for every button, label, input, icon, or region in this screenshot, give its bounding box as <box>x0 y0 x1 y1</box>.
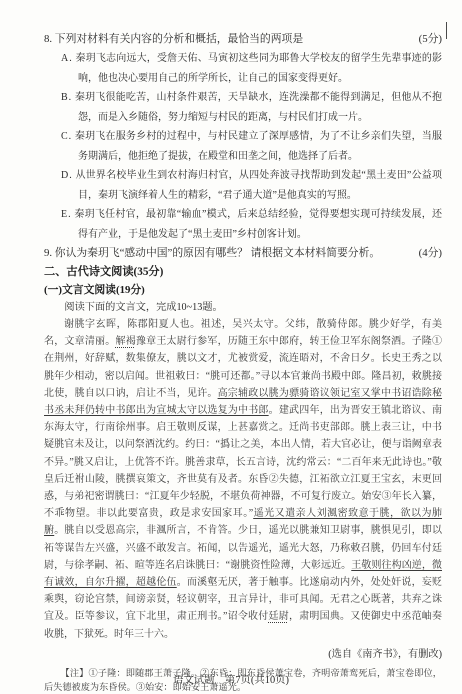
page-content: 8. 下列对材料有关内容的分析和概括，最恰当的两项是 (5分) A. 秦玥飞志向… <box>44 30 442 694</box>
page-edge-mark <box>446 22 448 39</box>
question-8-score: (5分) <box>419 30 442 49</box>
option-e-label: E. <box>61 209 72 220</box>
option-b-label: B. <box>61 92 72 103</box>
option-e-text: 秦玥飞任村官，最初靠“输血”模式，后来总结经验，觉得要想实现可持续发展，还得有产… <box>74 209 442 240</box>
passage-source: (选自《南齐书》，有删改) <box>44 647 442 662</box>
option-c: C. 秦玥飞在服务乡村的过程中，与村民建立了深厚感情，为了不让乡亲们失望，当服务… <box>61 127 442 166</box>
option-a: A. 秦玥飞志向远大，受詹天佑、马寅初这些同为耶鲁大学校友的留学生先辈事迹的影响… <box>61 49 442 88</box>
option-b-text: 秦玥飞很能吃苦，山村条件艰苦，天旱缺水，连洗澡都不能得到满足，但他从不抱怨，而是… <box>75 92 442 123</box>
option-a-text: 秦玥飞志向远大，受詹天佑、马寅初这些同为耶鲁大学校友的留学生先辈事迹的影响，他也… <box>75 53 442 84</box>
option-d-text: 从世界名校毕业生到农村海归村官，从四处奔波寻找帮助到发起“黑土麦田”公益项目，秦… <box>75 170 442 201</box>
section-2-1-subheading: (一)文言文阅读(19分) <box>44 281 442 299</box>
passage-seg-4: 。建武四年，出为晋安王镇北谘议、南东海太守，行南徐州事。启王敬则反谋，上甚嘉赏之… <box>44 405 442 519</box>
option-e: E. 秦玥飞任村官，最初靠“输血”模式，后来总结经验，觉得要想实现可持续发展，还… <box>61 205 442 244</box>
classical-passage: 谢朓字玄晖，陈郡阳夏人也。祖述，吴兴太守。父纬，散骑侍郎。朓少好学，有美名，文章… <box>44 316 442 643</box>
passage-seg-1-emphasized: 解褐 <box>115 336 135 347</box>
option-b: B. 秦玥飞很能吃苦，山村条件艰苦，天旱缺水，连洗澡都不能得到满足，但他从不抱怨… <box>61 88 442 127</box>
question-8-stem-row: 8. 下列对材料有关内容的分析和概括，最恰当的两项是 (5分) <box>44 30 442 49</box>
option-d-label: D. <box>61 170 73 181</box>
passage-seg-9-emphasized: 廷尉 <box>268 611 288 622</box>
option-a-label: A. <box>61 53 73 64</box>
question-9-score: (4分) <box>419 244 442 263</box>
section-2-heading: 二、古代诗文阅读(35分) <box>44 263 442 281</box>
question-9-stem-row: 9. 你认为秦玥飞“感动中国”的原因有哪些？ 请根据文本材料简要分析。 (4分) <box>44 244 442 263</box>
page-footer: 语文试题 第7页(共10页) <box>0 671 462 686</box>
option-d: D. 从世界名校毕业生到农村海归村官，从四处奔波寻找帮助到发起“黑土麦田”公益项… <box>61 166 442 205</box>
option-c-text: 秦玥飞在服务乡村的过程中，与村民建立了深厚感情，为了不让乡亲们失望，当服务期满后… <box>75 131 442 162</box>
passage-intro: 阅读下面的文言文，完成10~13题。 <box>44 299 442 316</box>
question-8-stem: 8. 下列对材料有关内容的分析和概括，最恰当的两项是 <box>44 30 303 49</box>
exam-paper-page: 8. 下列对材料有关内容的分析和概括，最恰当的两项是 (5分) A. 秦玥飞志向… <box>0 0 462 694</box>
question-9-stem: 9. 你认为秦玥飞“感动中国”的原因有哪些？ 请根据文本材料简要分析。 <box>44 244 380 263</box>
option-c-label: C. <box>61 131 72 142</box>
